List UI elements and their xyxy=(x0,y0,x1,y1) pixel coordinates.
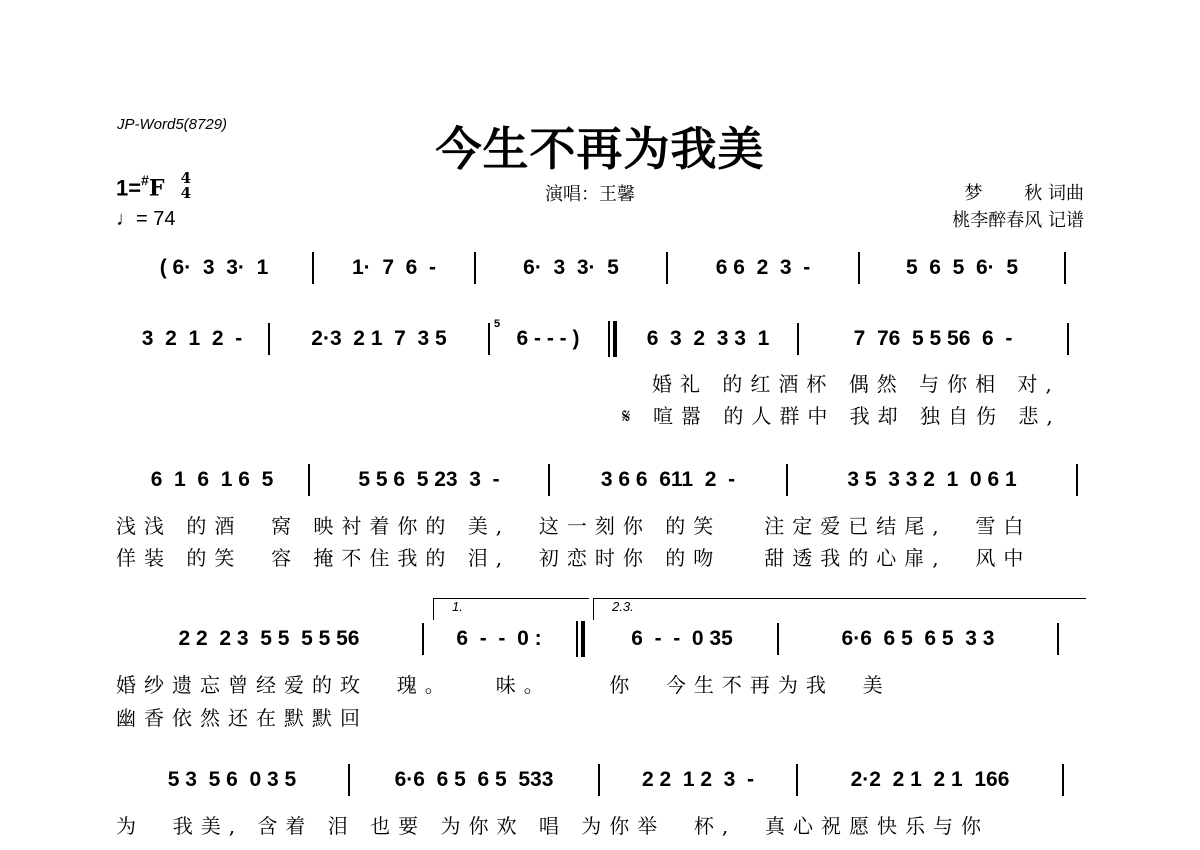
key-prefix: 1= xyxy=(116,175,141,200)
measure: 6 1 6 1 6 5 xyxy=(116,463,308,497)
transcriber-credit: 桃李醉春风 记谱 xyxy=(952,207,1084,234)
lyrics-verse-1: 婚礼 的红酒杯 偶然 与你相 对, xyxy=(652,368,1092,397)
time-sig-bottom: 4 xyxy=(181,184,191,202)
bar-line xyxy=(1062,764,1064,796)
measure: 6 6 2 3 - xyxy=(668,251,858,285)
bar-line xyxy=(1076,464,1078,496)
tempo-marking: ♩= 74 xyxy=(116,208,175,231)
measure: 3 5 3 3 2 1 0 6 1 xyxy=(788,463,1076,497)
measure: 7 76 5 5 56 6 - xyxy=(799,322,1067,356)
score-row-2: 3 2 1 2 - 2·3 2 1 7 3 5 5 6 - - - ) 6 3 … xyxy=(116,322,1086,356)
time-signature: 4 4 xyxy=(181,171,191,201)
measure: 6 - - 0 : xyxy=(424,622,574,656)
bar-line xyxy=(1067,323,1069,355)
lyrics-verse-1: 婚纱遗忘曾经爱的玫 瑰。 味。 你 今生不再为我 美 xyxy=(116,669,1086,698)
measure: 2 2 1 2 3 - xyxy=(600,763,796,797)
lyrics-verse-1: 浅浅 的酒 窝 映衬着你的 美, 这一刻你 的笑 注定爱已结尾, 雪白 xyxy=(116,510,1086,539)
measure: 5 6 - - - ) xyxy=(490,322,606,356)
measure: 5 5 6 5 23 3 - xyxy=(310,463,548,497)
measure: ( 6· 3 3· 1 xyxy=(116,251,312,285)
singer-credit: 演唱：王馨 xyxy=(545,180,635,206)
measure-notes: 6 - - - ) xyxy=(517,327,580,351)
measure: 6· 3 3· 5 xyxy=(476,251,666,285)
measure: 2·2 2 1 2 1 166 xyxy=(798,763,1062,797)
lyrics-verse-2: 幽香依然还在默默回 xyxy=(116,702,1086,731)
lyrics-verse-1: 为 我美, 含着 泪 也要 为你欢 唱 为你举 杯, 真心祝愿快乐与你 xyxy=(116,810,1086,839)
credits: 梦 秋 词曲 桃李醉春风 记谱 xyxy=(952,180,1084,234)
grace-note: 5 xyxy=(494,318,500,330)
tempo-value: = 74 xyxy=(136,208,175,230)
repeat-end-barline xyxy=(576,621,585,657)
volta-2-3: 2.3. xyxy=(593,598,1086,620)
score-row-1: ( 6· 3 3· 1 1· 7 6 - 6· 3 3· 5 6 6 2 3 -… xyxy=(116,251,1086,285)
measure: 6·6 6 5 6 5 533 xyxy=(350,763,598,797)
sharp-icon: # xyxy=(141,172,149,188)
lyrics-verse-2: 佯装 的笑 容 掩不住我的 泪, 初恋时你 的吻 甜透我的心扉, 风中 xyxy=(116,542,1086,571)
key-signature: 1=#F 4 4 xyxy=(116,174,191,205)
lyrics-verse-2: 𝄋 喧嚣 的人群中 我却 独自伤 悲, xyxy=(622,400,1092,429)
score-row-3: 6 1 6 1 6 5 5 5 6 5 23 3 - 3 6 6 611 2 -… xyxy=(116,463,1086,497)
repeat-start-barline xyxy=(608,321,617,357)
measure: 2·3 2 1 7 3 5 xyxy=(270,322,488,356)
measure: 1· 7 6 - xyxy=(314,251,474,285)
score-row-4: 2 2 2 3 5 5 5 5 56 6 - - 0 : 6 - - 0 35 … xyxy=(116,622,1086,656)
measure: 5 3 5 6 0 3 5 xyxy=(116,763,348,797)
measure: 3 2 1 2 - xyxy=(116,322,268,356)
quarter-note-icon: ♩ xyxy=(116,208,136,230)
bar-line xyxy=(1057,623,1059,655)
bar-line xyxy=(1064,252,1066,284)
measure: 6·6 6 5 6 5 3 3 xyxy=(779,622,1057,656)
measure: 6 3 2 3 3 1 xyxy=(619,322,797,356)
measure: 5 6 5 6· 5 xyxy=(860,251,1064,285)
score-row-5: 5 3 5 6 0 3 5 6·6 6 5 6 5 533 2 2 1 2 3 … xyxy=(116,763,1086,797)
measure: 3 6 6 611 2 - xyxy=(550,463,786,497)
measure: 6 - - 0 35 xyxy=(587,622,777,656)
measure: 2 2 2 3 5 5 5 5 56 xyxy=(116,622,422,656)
lyricist-composer-credit: 梦 秋 词曲 xyxy=(952,180,1084,207)
key-note: F xyxy=(149,175,165,201)
volta-1: 1. xyxy=(433,598,589,620)
